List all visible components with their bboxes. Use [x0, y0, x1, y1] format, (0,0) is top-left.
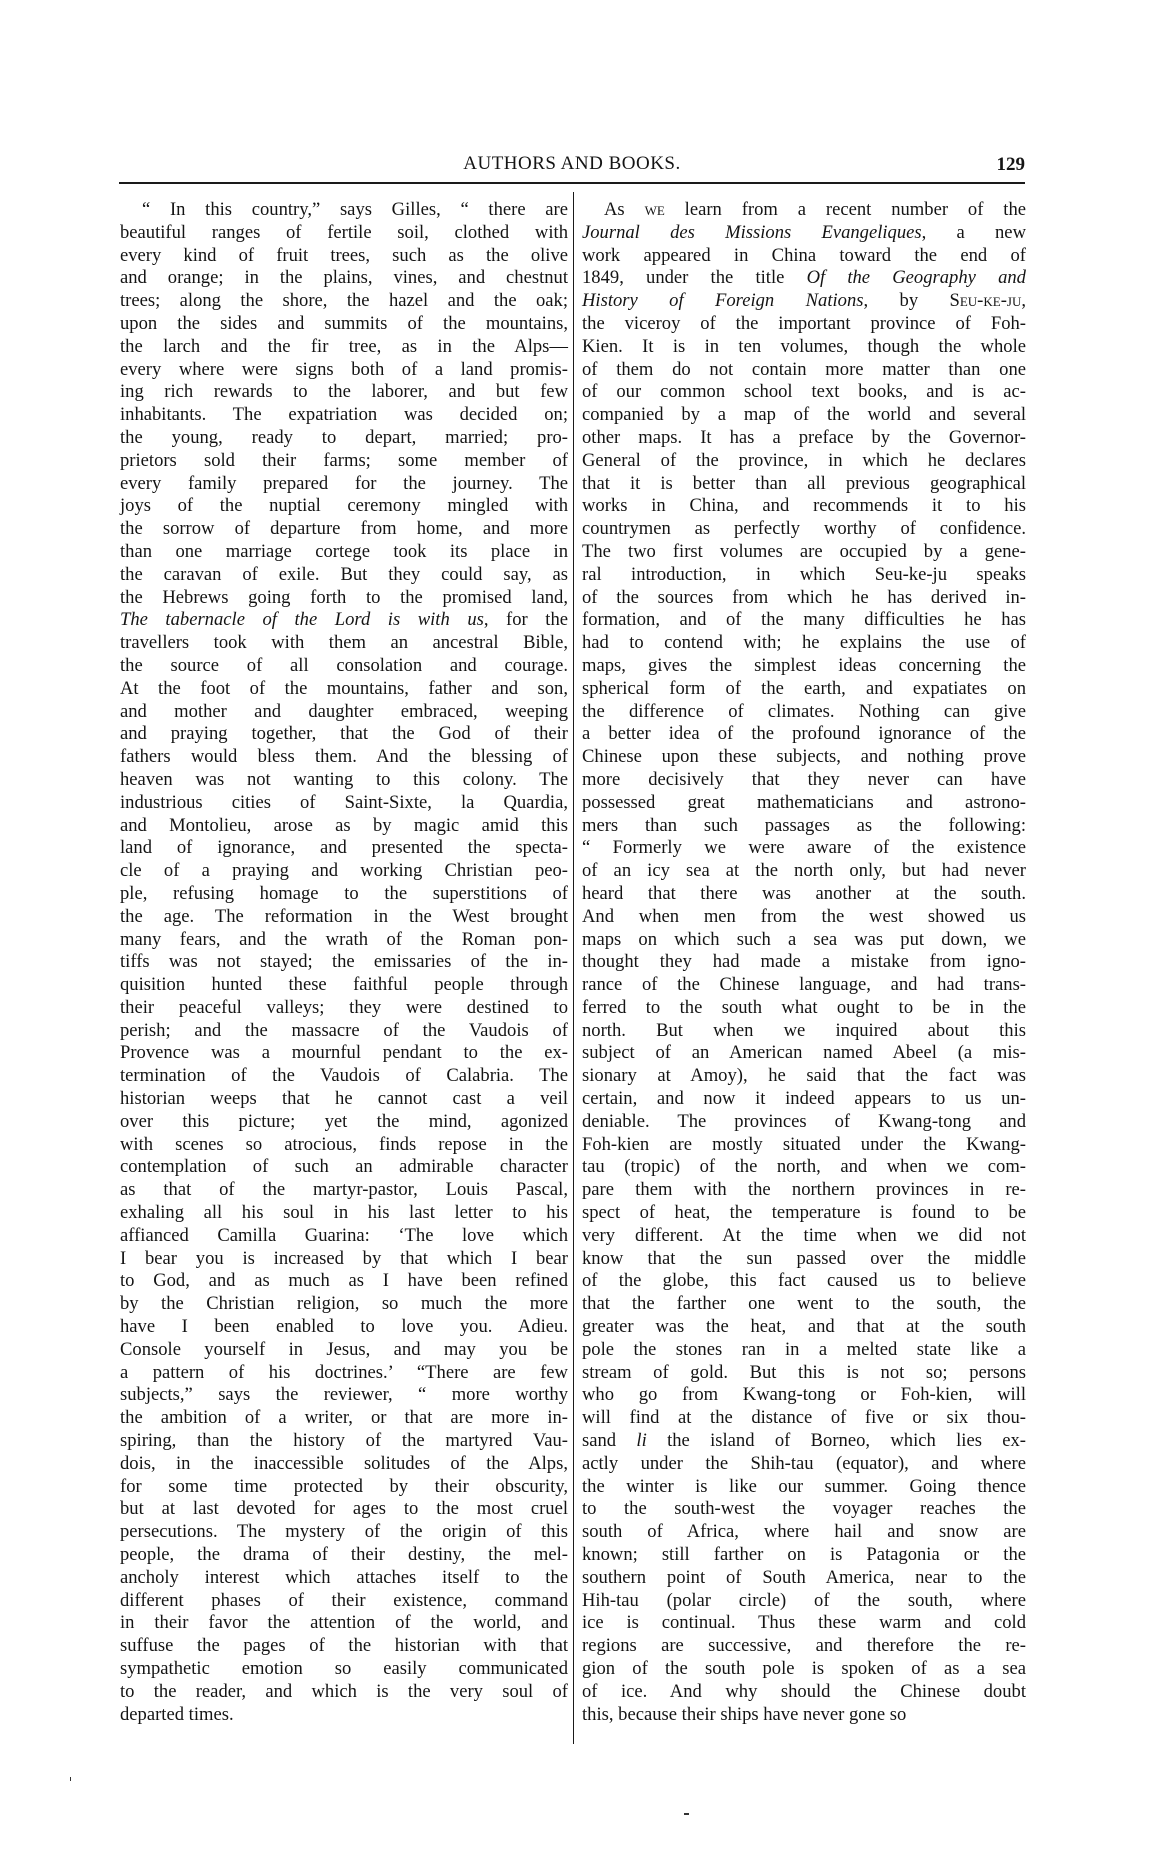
text-line: spiring, than the history of the martyre…: [120, 1430, 568, 1453]
text-line: many fears, and the wrath of the Roman p…: [120, 929, 568, 952]
text-line: south of Africa, where hail and snow are: [582, 1521, 1026, 1544]
text-line: sympathetic emotion so easily communicat…: [120, 1658, 568, 1681]
text-line: inhabitants. The expatriation was decide…: [120, 404, 568, 427]
text-line: And when men from the west showed us: [582, 906, 1026, 929]
left-column: “ In this country,” says Gilles, “ there…: [120, 199, 568, 1726]
text-line: gion of the south pole is spoken of as a…: [582, 1658, 1026, 1681]
text-line: travellers took with them an ancestral B…: [120, 632, 568, 655]
text-line: Journal des Missions Evangeliques, a new: [582, 222, 1026, 245]
text-line: the sorrow of departure from home, and m…: [120, 518, 568, 541]
text-line: the ambition of a writer, or that are mo…: [120, 1407, 568, 1430]
text-line: for some time protected by their obscuri…: [120, 1476, 568, 1499]
text-line: dois, in the inaccessible solitudes of t…: [120, 1453, 568, 1476]
text-line: regions are successive, and therefore th…: [582, 1635, 1026, 1658]
text-line: by the Christian religion, so much the m…: [120, 1293, 568, 1316]
text-line: of our common school text books, and is …: [582, 381, 1026, 404]
text-line: sionary at Amoy), he said that the fact …: [582, 1065, 1026, 1088]
text-line: contemplation of such an admirable chara…: [120, 1156, 568, 1179]
text-line: more decisively that they never can have: [582, 769, 1026, 792]
text-line: suffuse the pages of the historian with …: [120, 1635, 568, 1658]
italic-span: The tabernacle of the Lord is with us: [120, 609, 484, 630]
text-line: to the south-west the voyager reaches th…: [582, 1498, 1026, 1521]
text-line: tiffs was not stayed; the emissaries of …: [120, 951, 568, 974]
text-line: pare them with the northern provinces in…: [582, 1179, 1026, 1202]
text-line: the age. The reformation in the West bro…: [120, 906, 568, 929]
text-line: will find at the distance of five or six…: [582, 1407, 1026, 1430]
text-line: industrious cities of Saint-Sixte, la Qu…: [120, 792, 568, 815]
text-line: work appeared in China toward the end of: [582, 245, 1026, 268]
text-line: the winter is like our summer. Going the…: [582, 1476, 1026, 1499]
small-caps-span: Seu-ke-ju: [950, 290, 1022, 311]
text-line: Chinese upon these subjects, and nothing…: [582, 746, 1026, 769]
text-line: and Montolieu, arose as by magic amid th…: [120, 815, 568, 838]
text-line: exhaling all his soul in his last letter…: [120, 1202, 568, 1225]
text-line: to the reader, and which is the very sou…: [120, 1681, 568, 1704]
text-line: and orange; in the plains, vines, and ch…: [120, 267, 568, 290]
text-line: prietors sold their farms; some member o…: [120, 450, 568, 473]
text-line: other maps. It has a preface by the Gove…: [582, 427, 1026, 450]
text-line: as that of the martyr-pastor, Louis Pasc…: [120, 1179, 568, 1202]
header-rule: [119, 182, 1025, 184]
text-line: but at last devoted for ages to the most…: [120, 1498, 568, 1521]
text-line: thought they had made a mistake from ign…: [582, 951, 1026, 974]
text-line: who go from Kwang-tong or Foh-kien, will: [582, 1384, 1026, 1407]
text-line: departed times.: [120, 1704, 568, 1727]
text-line: and praying together, that the God of th…: [120, 723, 568, 746]
text-line: rance of the Chinese language, and had t…: [582, 974, 1026, 997]
text-line: of them do not contain more matter than …: [582, 359, 1026, 382]
text-line: certain, and now it indeed appears to us…: [582, 1088, 1026, 1111]
text-line: their peaceful valleys; they were destin…: [120, 997, 568, 1020]
text-line: every family prepared for the journey. T…: [120, 473, 568, 496]
text-line: ice is continual. Thus these warm and co…: [582, 1612, 1026, 1635]
text-line: every where were signs both of a land pr…: [120, 359, 568, 382]
text-line: perish; and the massacre of the Vaudois …: [120, 1020, 568, 1043]
text-line: of ice. And why should the Chinese doubt: [582, 1681, 1026, 1704]
text-line: “ Formerly we were aware of the existenc…: [582, 837, 1026, 860]
text-line: pole the stones ran in a melted state li…: [582, 1339, 1026, 1362]
text-line: spherical form of the earth, and expatia…: [582, 678, 1026, 701]
text-line: the viceroy of the important province of…: [582, 313, 1026, 336]
text-line: Hih-tau (polar circle) of the south, whe…: [582, 1590, 1026, 1613]
text-line: sand li the island of Borneo, which lies…: [582, 1430, 1026, 1453]
text-line: At the foot of the mountains, father and…: [120, 678, 568, 701]
text-line: stream of gold. But this is not so; pers…: [582, 1362, 1026, 1385]
text-line: over this picture; yet the mind, agonize…: [120, 1111, 568, 1134]
text-line: affianced Camilla Guarina: ‘The love whi…: [120, 1225, 568, 1248]
text-line: different phases of their existence, com…: [120, 1590, 568, 1613]
right-column: As we learn from a recent number of theJ…: [582, 199, 1026, 1726]
text-line: spect of heat, the temperature is found …: [582, 1202, 1026, 1225]
italic-span: li: [636, 1430, 646, 1451]
text-line: the source of all consolation and courag…: [120, 655, 568, 678]
stray-print-mark: [684, 1813, 689, 1815]
text-line: actly under the Shih-tau (equator), and …: [582, 1453, 1026, 1476]
text-line: formation, and of the many difficulties …: [582, 609, 1026, 632]
small-caps-span: we: [645, 199, 665, 220]
text-line: the caravan of exile. But they could say…: [120, 564, 568, 587]
text-line: deniable. The provinces of Kwang-tong an…: [582, 1111, 1026, 1134]
text-line: termination of the Vaudois of Calabria. …: [120, 1065, 568, 1088]
text-line: have I been enabled to love you. Adieu.: [120, 1316, 568, 1339]
column-divider: [573, 192, 574, 1744]
text-line: heaven was not wanting to this colony. T…: [120, 769, 568, 792]
italic-span: Of the Geography and: [807, 267, 1026, 288]
text-line: History of Foreign Nations, by Seu-ke-ju…: [582, 290, 1026, 313]
text-line: heard that there was another at the sout…: [582, 883, 1026, 906]
text-line: know that the sun passed over the middle: [582, 1248, 1026, 1271]
text-line: ancholy interest which attaches itself t…: [120, 1567, 568, 1590]
text-line: that the farther one went to the south, …: [582, 1293, 1026, 1316]
text-line: General of the province, in which he dec…: [582, 450, 1026, 473]
text-line: cle of a praying and working Christian p…: [120, 860, 568, 883]
text-line: possessed great mathematicians and astro…: [582, 792, 1026, 815]
text-line: of the sources from which he has derived…: [582, 587, 1026, 610]
text-line: tau (tropic) of the north, and when we c…: [582, 1156, 1026, 1179]
text-line: Foh-kien are mostly situated under the K…: [582, 1134, 1026, 1157]
text-line: “ In this country,” says Gilles, “ there…: [120, 199, 568, 222]
italic-span: History of Foreign Nations: [582, 290, 863, 311]
text-line: ple, refusing homage to the superstition…: [120, 883, 568, 906]
text-line: with scenes so atrocious, finds repose i…: [120, 1134, 568, 1157]
text-line: a better idea of the profound ignorance …: [582, 723, 1026, 746]
text-line: Provence was a mournful pendant to the e…: [120, 1042, 568, 1065]
text-line: greater was the heat, and that at the so…: [582, 1316, 1026, 1339]
text-line: the Hebrews going forth to the promised …: [120, 587, 568, 610]
text-line: As we learn from a recent number of the: [582, 199, 1026, 222]
text-line: the young, ready to depart, married; pro…: [120, 427, 568, 450]
text-line: maps, gives the simplest ideas concernin…: [582, 655, 1026, 678]
text-line: The two first volumes are occupied by a …: [582, 541, 1026, 564]
text-line: subjects,” says the reviewer, “ more wor…: [120, 1384, 568, 1407]
page-number: 129: [997, 154, 1026, 176]
text-line: I bear you is increased by that which I …: [120, 1248, 568, 1271]
text-line: persecutions. The mystery of the origin …: [120, 1521, 568, 1544]
text-line: ferred to the south what ought to be in …: [582, 997, 1026, 1020]
text-line: people, the drama of their destiny, the …: [120, 1544, 568, 1567]
text-line: ing rich rewards to the laborer, and but…: [120, 381, 568, 404]
text-line: trees; along the shore, the hazel and th…: [120, 290, 568, 313]
text-line: The tabernacle of the Lord is with us, f…: [120, 609, 568, 632]
running-head: AUTHORS AND BOOKS. 129: [119, 153, 1025, 179]
text-line: in their favor the attention of the worl…: [120, 1612, 568, 1635]
text-line: subject of an American named Abeel (a mi…: [582, 1042, 1026, 1065]
text-line: companied by a map of the world and seve…: [582, 404, 1026, 427]
text-line: 1849, under the title Of the Geography a…: [582, 267, 1026, 290]
text-line: countrymen as perfectly worthy of confid…: [582, 518, 1026, 541]
text-line: Kien. It is in ten volumes, though the w…: [582, 336, 1026, 359]
text-line: southern point of South America, near to…: [582, 1567, 1026, 1590]
text-line: this, because their ships have never gon…: [582, 1704, 1026, 1727]
stray-print-mark: [70, 1777, 71, 1781]
text-line: of the globe, this fact caused us to bel…: [582, 1270, 1026, 1293]
text-line: historian weeps that he cannot cast a ve…: [120, 1088, 568, 1111]
text-line: Console yourself in Jesus, and may you b…: [120, 1339, 568, 1362]
text-line: the larch and the fir tree, as in the Al…: [120, 336, 568, 359]
text-line: quisition hunted these faithful people t…: [120, 974, 568, 997]
text-line: that it is better than all previous geog…: [582, 473, 1026, 496]
text-line: fathers would bless them. And the blessi…: [120, 746, 568, 769]
text-line: land of ignorance, and presented the spe…: [120, 837, 568, 860]
text-line: works in China, and recommends it to his: [582, 495, 1026, 518]
running-title: AUTHORS AND BOOKS.: [119, 153, 1025, 175]
text-line: every kind of fruit trees, such as the o…: [120, 245, 568, 268]
text-line: a pattern of his doctrines.’ “There are …: [120, 1362, 568, 1385]
text-line: to God, and as much as I have been refin…: [120, 1270, 568, 1293]
italic-span: Journal des Missions Evangeliques: [582, 222, 922, 243]
text-line: and mother and daughter embraced, weepin…: [120, 701, 568, 724]
text-line: had to contend with; he explains the use…: [582, 632, 1026, 655]
text-line: upon the sides and summits of the mounta…: [120, 313, 568, 336]
text-line: north. But when we inquired about this: [582, 1020, 1026, 1043]
text-line: than one marriage cortege took its place…: [120, 541, 568, 564]
text-line: mers than such passages as the following…: [582, 815, 1026, 838]
text-line: joys of the nuptial ceremony mingled wit…: [120, 495, 568, 518]
text-line: very different. At the time when we did …: [582, 1225, 1026, 1248]
text-line: ral introduction, in which Seu-ke-ju spe…: [582, 564, 1026, 587]
text-line: maps on which such a sea was put down, w…: [582, 929, 1026, 952]
text-line: the difference of climates. Nothing can …: [582, 701, 1026, 724]
text-line: known; still farther on is Patagonia or …: [582, 1544, 1026, 1567]
text-line: of an icy sea at the north only, but had…: [582, 860, 1026, 883]
text-line: beautiful ranges of fertile soil, clothe…: [120, 222, 568, 245]
